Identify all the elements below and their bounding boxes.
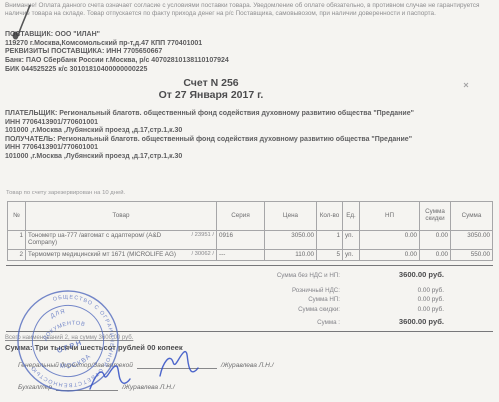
table-header-row: № Товар Серия Цена Кол-во Ед. НП Сумма с… bbox=[8, 202, 493, 231]
signature-line bbox=[56, 383, 118, 391]
row-qty: 5 bbox=[317, 250, 343, 261]
totals-block: Сумма без НДС и НП: 3600.00 руб. Розничн… bbox=[0, 270, 446, 327]
invoice-title: Счет N 256 От 27 Января 2017 г. bbox=[0, 77, 422, 102]
total-label: Сумма без НДС и НП: bbox=[0, 272, 340, 279]
total-value: 0.00 руб. bbox=[340, 296, 444, 303]
total-value: 0.00 руб. bbox=[340, 306, 444, 313]
total-retail-vat: Розничный НДС: 0.00 руб. bbox=[0, 287, 446, 297]
supplier-address: 119270 г.Москва,Комсомольский пр-т,д.47 … bbox=[5, 40, 425, 49]
payer-address: 101000 ,г.Москва ,Лубянский проезд ,д.17… bbox=[5, 127, 493, 136]
row-discount: 0.00 bbox=[420, 250, 451, 261]
row-num: 2 bbox=[8, 250, 26, 261]
row-sum: 3050.00 bbox=[451, 231, 493, 250]
total-label: Сумма НП: bbox=[0, 296, 340, 303]
row-qty: 1 bbox=[317, 231, 343, 250]
accountant-label: Бухгалтер bbox=[18, 384, 52, 391]
parties-block: ПЛАТЕЛЬЩИК: Региональный благотв. общест… bbox=[5, 110, 493, 161]
divider-line bbox=[6, 331, 493, 332]
payer-inn: ИНН 7706413901/770601001 bbox=[5, 119, 493, 128]
product-code: / 23951 / bbox=[188, 232, 214, 239]
row-sum: 550.00 bbox=[451, 250, 493, 261]
director-label: Генеральный директор/Зав аптекой bbox=[18, 362, 133, 369]
invoice-date: От 27 Января 2017 г. bbox=[0, 89, 422, 101]
invoice-number: Счет N 256 bbox=[0, 77, 422, 89]
col-sum: Сумма bbox=[451, 202, 493, 231]
col-num: № bbox=[8, 202, 26, 231]
row-unit: уп. bbox=[343, 231, 360, 250]
items-total-line: Всего наименований 2, на сумму 3600.00 р… bbox=[5, 335, 133, 341]
accountant-signature-row: Бухгалтер /Журавлева Л.Н./ bbox=[18, 383, 175, 391]
divider-line bbox=[6, 265, 493, 266]
col-product: Товар bbox=[26, 202, 217, 231]
receiver-line: ПОЛУЧАТЕЛЬ: Региональный благотв. общест… bbox=[5, 136, 493, 145]
row-product: / 23951 /Тонометр ua-777 /автомат с адап… bbox=[26, 231, 217, 250]
row-price: 3050.00 bbox=[265, 231, 317, 250]
table-row: 1 / 23951 /Тонометр ua-777 /автомат с ад… bbox=[8, 231, 493, 250]
row-unit: уп. bbox=[343, 250, 360, 261]
supplier-block: ПОСТАВЩИК: ООО "ИЛАН" 119270 г.Москва,Ко… bbox=[5, 31, 425, 74]
total-value: 3600.00 руб. bbox=[340, 270, 444, 279]
disclaimer-text: Внимание! Оплата данного счета означает … bbox=[5, 2, 489, 17]
total-no-vat: Сумма без НДС и НП: 3600.00 руб. bbox=[0, 270, 446, 280]
reserve-note: Товар по счету зарезервирован на 10 дней… bbox=[6, 190, 125, 196]
receiver-address: 101000 ,г.Москва ,Лубянский проезд ,д.17… bbox=[5, 153, 493, 162]
scan-speck bbox=[464, 83, 468, 87]
col-np: НП bbox=[360, 202, 420, 231]
col-qty: Кол-во bbox=[317, 202, 343, 231]
product-name: Тонометр ua-777 /автомат с адаптером/ (A… bbox=[28, 232, 161, 246]
table-row: 2 / 30062 /Термометр медицинский мт 1671… bbox=[8, 250, 493, 261]
total-discount: Сумма скидки: 0.00 руб. bbox=[0, 306, 446, 316]
accountant-name: /Журавлева Л.Н./ bbox=[122, 384, 175, 391]
supplier-requisites: РЕКВИЗИТЫ ПОСТАВЩИКА: ИНН 7705650667 bbox=[5, 48, 425, 57]
col-series: Серия bbox=[217, 202, 265, 231]
row-series: --- bbox=[217, 250, 265, 261]
row-num: 1 bbox=[8, 231, 26, 250]
payer-line: ПЛАТЕЛЬЩИК: Региональный благотв. общест… bbox=[5, 110, 493, 119]
row-np: 0.00 bbox=[360, 250, 420, 261]
signature-line bbox=[137, 361, 217, 369]
product-code: / 30062 / bbox=[188, 251, 214, 258]
col-discount: Сумма скидки bbox=[420, 202, 451, 231]
col-price: Цена bbox=[265, 202, 317, 231]
sum-in-words: Сумма: Три тысячи шестьсот рублей 00 коп… bbox=[5, 343, 183, 352]
row-discount: 0.00 bbox=[420, 231, 451, 250]
row-product: / 30062 /Термометр медицинский мт 1671 (… bbox=[26, 250, 217, 261]
total-label: Розничный НДС: bbox=[0, 287, 340, 294]
director-signature-row: Генеральный директор/Зав аптекой /Журавл… bbox=[18, 361, 274, 369]
row-series: 0916 bbox=[217, 231, 265, 250]
product-name: Термометр медицинский мт 1671 (MICROLIFE… bbox=[28, 251, 176, 258]
supplier-bik: БИК 044525225 к/с 30101810400000000225 bbox=[5, 66, 425, 75]
receiver-inn: ИНН 7706413901/770601001 bbox=[5, 144, 493, 153]
supplier-bank: Банк: ПАО Сбербанк России г.Москва, р/с … bbox=[5, 57, 425, 66]
total-np: Сумма НП: 0.00 руб. bbox=[0, 296, 446, 306]
supplier-name: ПОСТАВЩИК: ООО "ИЛАН" bbox=[5, 31, 425, 40]
total-value: 0.00 руб. bbox=[340, 287, 444, 294]
director-name: /Журавлева Л.Н./ bbox=[221, 362, 274, 369]
total-sum: Сумма : 3600.00 руб. bbox=[0, 317, 446, 327]
col-unit: Ед. bbox=[343, 202, 360, 231]
total-label: Сумма : bbox=[0, 319, 340, 326]
goods-table: № Товар Серия Цена Кол-во Ед. НП Сумма с… bbox=[7, 201, 493, 261]
row-price: 110.00 bbox=[265, 250, 317, 261]
row-np: 0.00 bbox=[360, 231, 420, 250]
total-label: Сумма скидки: bbox=[0, 306, 340, 313]
total-value: 3600.00 руб. bbox=[340, 317, 444, 326]
